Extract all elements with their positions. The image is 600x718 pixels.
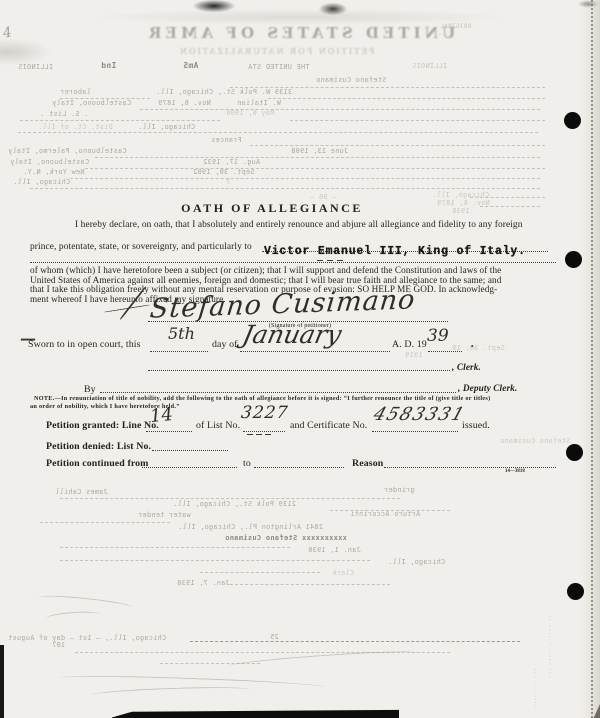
sworn-year-value: 39 [427,328,449,345]
ghost-rule [18,132,538,133]
ghost-date1: Jan. 1, 1938 [308,547,361,554]
ghost-vertical-marks: ·· ···· · ····· ··· [548,615,554,678]
ghost-rule [60,560,370,561]
sworn-year-line [428,351,462,352]
reason-label: Reason [352,459,383,469]
ghost-number-25: 25 [270,634,279,641]
petition-continued-label: Petition continued from [46,459,149,469]
petitioner-signature: Stefano Cusimano [149,286,417,322]
ghost-rule [230,87,545,88]
ghost-scribble [46,610,101,623]
by-label: By [84,385,96,395]
form-number: 14—3818 [505,469,525,474]
ghost-nationality: W. Italian [237,100,281,107]
sworn-lead: Sworn to in open court, this [28,340,141,350]
ghost-header-stamp2: AmS [183,62,198,70]
ghost-petitioner-name: Stefano Cusimano [316,77,386,84]
ghost-court-city: Chicago, Ill. [138,124,195,131]
left-edge-shadow [0,645,4,718]
denied-leader [152,450,228,451]
of-list-label: of List No. [196,421,240,431]
oath-heading: OATH OF ALLEGIANCE [152,202,392,215]
ghost-spouse-date: June 13, 1908 [291,148,348,155]
ghost-rule [480,206,540,207]
ghost-rule [60,98,150,99]
ghost-rule [70,178,540,179]
reason-leader [384,467,556,468]
sworn-dayof: day of [212,340,238,350]
underline-dash [327,260,333,261]
by-line [100,392,456,393]
punch-hole [565,251,582,268]
ghost-title: UNITED STATES OF AMER [145,26,455,41]
ghost-rule [200,572,320,573]
ghost-page-number: — 96 — [310,194,336,201]
ghost-header-mid: THE UNITED STA [248,64,310,71]
cert-no-leader [372,431,458,432]
perforation-edge [591,0,593,718]
punch-hole [564,112,581,129]
sworn-day-value: 5th [168,326,195,342]
ghost-number-107: 107 [52,642,65,649]
ghost-s-list: . S. List . [40,111,88,118]
and-certificate-label: and Certificate No. [290,421,367,431]
line-no-value: 14 [149,406,174,426]
ghost-rule [60,547,290,548]
pencil-mark: 4 [2,25,14,41]
ghost-occupation: laborer [60,89,91,96]
sworn-period: . [470,336,474,350]
renounced-sovereign: Victor Emanuel III, King of Italy. [264,245,526,258]
to-label: to [243,459,251,469]
petition-granted-label: Petition granted: Line No. [46,421,159,431]
list-no-leader [243,431,285,432]
ghost-rule [330,510,450,511]
sworn-month-value: January [240,322,343,347]
punch-hole [566,444,583,461]
ghost-birth-place: Castelbuono, Italy [52,100,131,107]
ghost-rule [250,145,545,146]
clerk-line [148,370,450,371]
note-line1: NOTE.—In renunciation of title of nobili… [34,396,490,403]
certificate-no-value: 4583331 [371,406,468,424]
ghost-residence2-date: Sept. 30, 1902 [193,169,255,176]
ghost-witness2-name: Arturo Accorinti [350,511,420,518]
ghost-spouse-name: Frances [211,137,242,144]
petition-denied-label: Petition denied: List No. [46,442,151,452]
punch-hole [567,583,584,600]
sworn-month-line [240,351,390,352]
oath-paragraph1-line1: I hereby declare, on oath, that I absolu… [75,221,523,231]
ghost-rule [60,498,400,499]
sworn-ad: A. D. 19 [392,340,427,350]
ghost-original-sub: — — — [438,33,455,38]
corner-mark [592,704,600,718]
ghost-date2: Jan. 7, 1938 [177,580,230,587]
ghost-rule [140,109,540,110]
ghost-city: Chicago, Ill. [388,559,445,566]
ghost-subscribed-line: Chicago, Ill., — 1st — day of August [8,635,166,642]
document-page: UNITED STATES OF AMER PETITION FOR NATUR… [0,0,600,718]
sworn-day-line [150,351,208,352]
deputy-clerk-label: , Deputy Clerk. [458,385,517,395]
underline-dash [337,260,343,261]
ghost-witness1-name: James Cahill [55,489,108,496]
ghost-spouse-birth: Castelbuono, Palermo, Italy [8,148,127,155]
ghost-rule [95,157,540,158]
list-check-dash [256,434,262,435]
list-check-dash [265,434,271,435]
ghost-clerk: Clerk [332,570,354,577]
ghost-signature-shadow [90,685,250,700]
ghost-rule [20,120,220,121]
oath-paragraph1-line2: prince, potentate, state, or sovereignty… [30,243,252,253]
ghost-witness1-addr: 2139 Polk St., Chicago, Ill. [173,501,296,508]
ghost-residence3: Chicago, Ill. [13,179,70,186]
ghost-address: 3139 W. Polk St., Chicago, Ill. [156,89,292,96]
issued-label: issued. [462,421,490,431]
continued-from-leader [142,467,237,468]
ghost-header-stamp1: Ind [101,62,116,70]
ghost-witness2-addr: 2841 Arlington Pl., Chicago, Ill. [178,524,323,531]
leader-full-width [30,262,556,263]
ghost-witness2-occ: water tender [138,512,191,519]
ghost-rule [290,120,545,121]
ghost-original-label: ORIGINAL [440,24,471,30]
ghost-rule [268,98,545,99]
ghost-cusimano-right: Stefano Cusimano [500,438,570,445]
continued-to-leader [254,467,344,468]
ghost-rule [230,584,390,585]
ghost-court: Dist. Ct. of Ill. [38,124,113,131]
ghost-rule [190,641,520,642]
ghost-header-left: ILLINOIS [18,64,53,71]
ghost-struck-name: xxxxxxxxxx Stefano Cusimano [225,535,347,542]
list-check-dash [247,434,253,435]
ghost-rule [40,522,170,523]
underline-dash [317,260,323,261]
ghost-birth-date: Nov. 6, 1879 [158,100,211,107]
ghost-entry-date: May 6, 1906 [226,110,274,117]
ghost-rule [30,188,540,189]
ghost-residence2: New York, N.Y. [23,169,85,176]
line-no-leader [146,431,192,432]
clerk-label: , Clerk. [452,364,481,374]
list-no-value: 3227 [240,405,289,422]
ghost-subtitle: PETITION FOR NATURALIZATION [178,48,375,56]
ghost-scribble [38,593,133,612]
ghost-rule [470,197,545,198]
ghost-rule [85,168,545,169]
bottom-shadow-wedge [112,709,399,718]
ghost-residence3-num: 7 [226,179,230,186]
ghost-vertical-marks2: ··· ·· ····· [533,668,539,708]
ghost-header-right: ILLINOIS [412,63,447,70]
ghost-residence1-date: Aug. 17, 1932 [203,159,260,166]
ghost-mid-frag3: 1938 [452,208,470,215]
ghost-witness1-occ: grinder [384,487,415,494]
ghost-residence1: Castelbuono, Italy [10,159,89,166]
ghost-1919: 1919 [405,352,423,359]
